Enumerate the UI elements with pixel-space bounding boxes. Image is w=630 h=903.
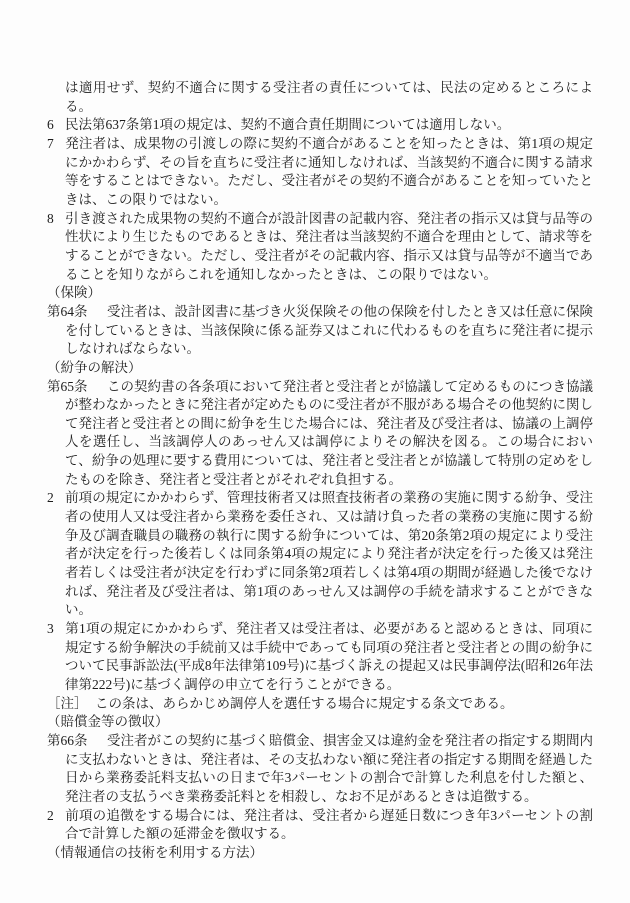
section-heading: （保険） [47,284,593,303]
continuation-paragraph: は適用せず、契約不適合に関する受注者の責任については、民法の定めるところによる。 [47,79,593,116]
paragraph-text: （賠償金等の徴収） [47,714,169,729]
article-paragraph: 第65条この契約書の各条項において発注者と受注者とが協議して定めるものにつき協議… [47,378,593,490]
paragraph-text: 前項の追徴をする場合には、発注者は、受注者から遅延日数につき年3パーセントの割合… [65,808,593,842]
paragraph-text: 受注者がこの契約に基づく賠償金、損害金又は違約金を発注者の指定する期間内に支払わ… [65,733,593,804]
section-heading: （情報通信の技術を利用する方法） [47,844,593,863]
article-number: 第64条 [47,303,107,322]
article-number: 第66条 [47,732,107,751]
item-number: 7 [47,135,65,154]
paragraph-text: 発注者は、成果物の引渡しの際に契約不適合があることを知ったときは、第1項の規定に… [65,136,593,207]
contract-text-block: は適用せず、契約不適合に関する受注者の責任については、民法の定めるところによる。… [47,79,593,863]
article-paragraph: 第64条受注者は、設計図書に基づき火災保険その他の保険を付したとき又は任意に保険… [47,303,593,359]
paragraph-text: 受注者は、設計図書に基づき火災保険その他の保険を付したとき又は任意に保険を付して… [65,304,593,356]
contract-document-page: は適用せず、契約不適合に関する受注者の責任については、民法の定めるところによる。… [0,0,630,903]
note-marker: ［注］ [47,695,95,714]
section-heading: （紛争の解決） [47,359,593,378]
numbered-item: 3第1項の規定にかかわらず、発注者又は受注者は、必要があると認めるときは、同項に… [47,620,593,695]
note-line: ［注］この条は、あらかじめ調停人を選任する場合に規定する条文である。 [47,695,593,714]
paragraph-text: 前項の規定にかかわらず、管理技術者又は照査技術者の業務の実施に関する紛争、受注者… [65,490,593,617]
numbered-item: 7発注者は、成果物の引渡しの際に契約不適合があることを知ったときは、第1項の規定… [47,135,593,210]
paragraph-text: （紛争の解決） [47,360,142,375]
item-number: 8 [47,210,65,229]
numbered-item: 8引き渡された成果物の契約不適合が設計図書の記載内容、発注者の指示又は貸与品等の… [47,210,593,285]
numbered-item: 2前項の追徴をする場合には、発注者は、受注者から遅延日数につき年3パーセントの割… [47,807,593,844]
paragraph-text: 第1項の規定にかかわらず、発注者又は受注者は、必要があると認めるときは、同項に規… [65,621,593,692]
numbered-item: 6民法第637条第1項の規定は、契約不適合責任期間については適用しない。 [47,116,593,135]
paragraph-text: は適用せず、契約不適合に関する受注者の責任については、民法の定めるところによる。 [65,80,593,114]
item-number: 2 [47,489,65,508]
paragraph-text: 引き渡された成果物の契約不適合が設計図書の記載内容、発注者の指示又は貸与品等の性… [65,211,593,282]
section-heading: （賠償金等の徴収） [47,713,593,732]
item-number: 3 [47,620,65,639]
item-number: 2 [47,807,65,826]
paragraph-text: この条は、あらかじめ調停人を選任する場合に規定する条文である。 [95,696,514,711]
paragraph-text: （保険） [47,285,101,300]
article-number: 第65条 [47,378,107,397]
numbered-item: 2前項の規定にかかわらず、管理技術者又は照査技術者の業務の実施に関する紛争、受注… [47,489,593,620]
paragraph-text: 民法第637条第1項の規定は、契約不適合責任期間については適用しない。 [65,117,510,132]
item-number: 6 [47,116,65,135]
paragraph-text: この契約書の各条項において発注者と受注者とが協議して定めるものにつき協議が整わな… [65,379,593,487]
paragraph-text: （情報通信の技術を利用する方法） [47,845,263,860]
article-paragraph: 第66条受注者がこの契約に基づく賠償金、損害金又は違約金を発注者の指定する期間内… [47,732,593,807]
